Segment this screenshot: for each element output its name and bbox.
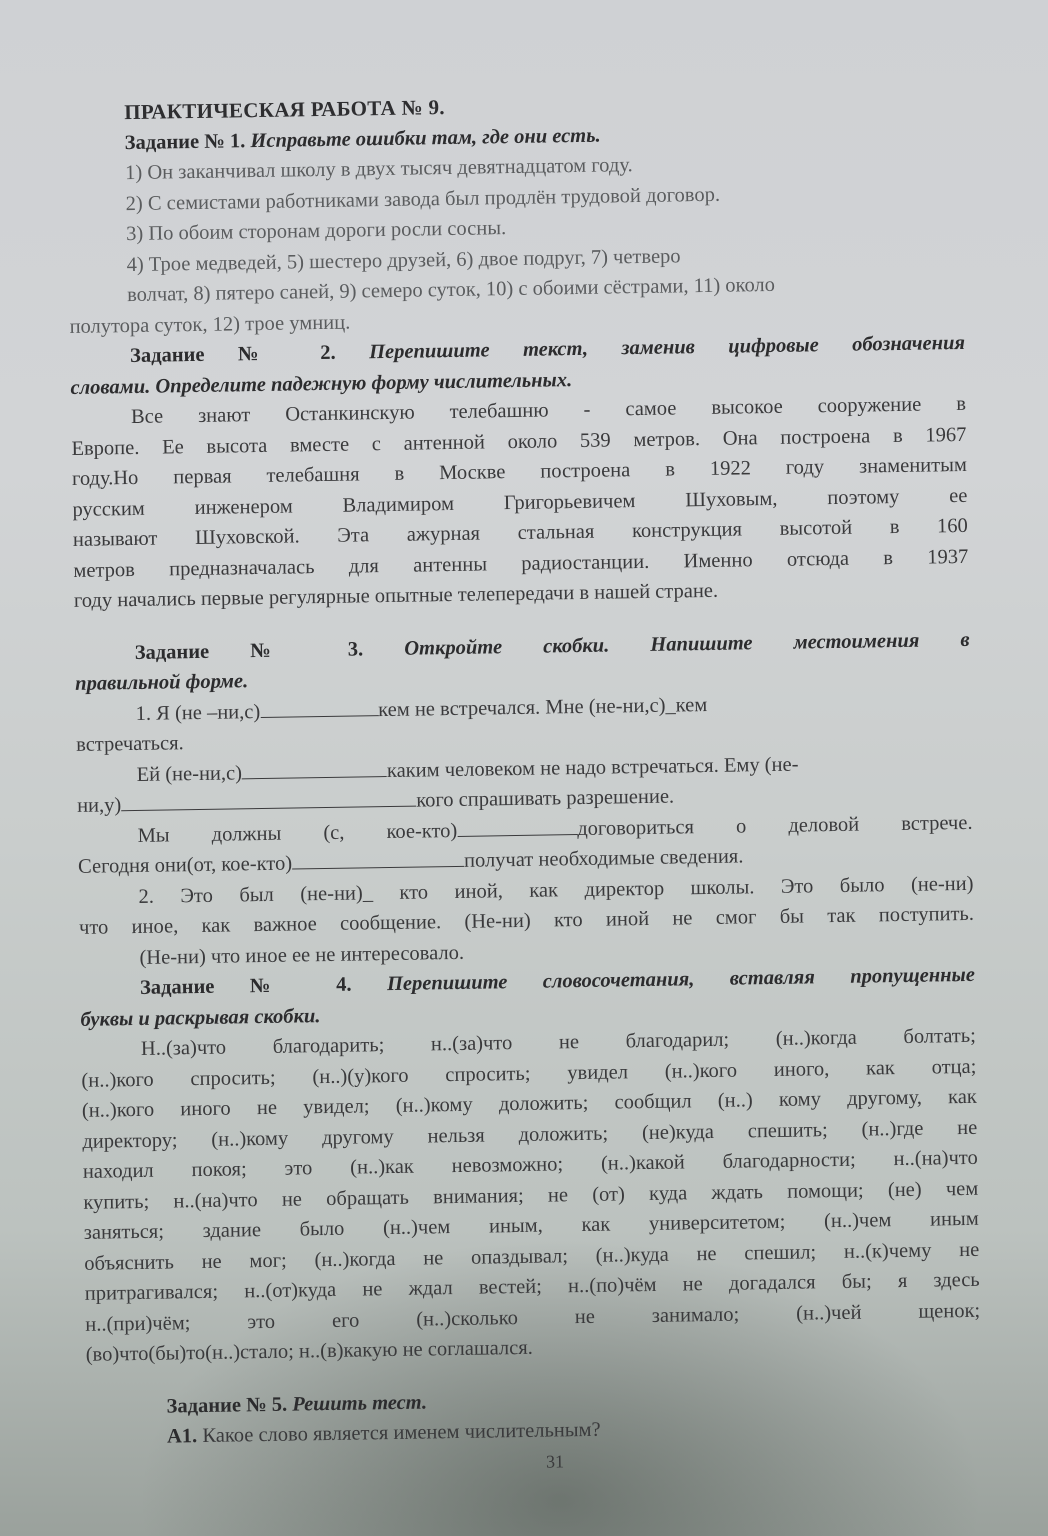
answer-blank[interactable] bbox=[292, 848, 464, 870]
document-page: ПРАКТИЧЕСКАЯ РАБОТА № 9. Задание № 1. Ис… bbox=[66, 84, 983, 1484]
answer-blank[interactable] bbox=[242, 758, 387, 779]
answer-blank[interactable] bbox=[121, 788, 416, 812]
answer-blank[interactable] bbox=[260, 697, 378, 718]
answer-blank[interactable] bbox=[457, 816, 577, 837]
